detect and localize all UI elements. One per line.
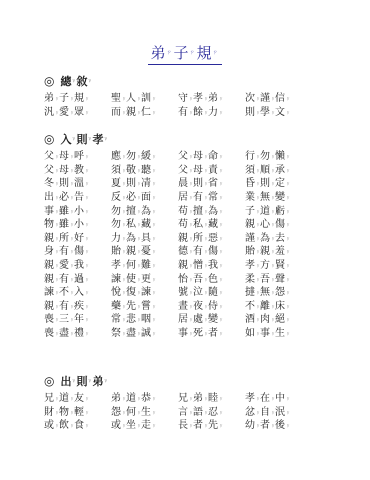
- section-ruzexiao: ◎入ㄗ則ㄗ孝ㄗ父ㄗ母ㄗ呼ㄗ應ㄗ勿ㄗ緩ㄗ父ㄗ母ㄗ命ㄗ行ㄗ勿ㄗ懶ㄗ父ㄗ母ㄗ教ㄗ須ㄗ敬…: [44, 130, 344, 338]
- zhuyin-annotation: ㄗ: [152, 263, 156, 268]
- verse-phrase: 如ㄗ事ㄗ生ㄗ: [245, 324, 312, 339]
- verse-phrase: 長ㄗ者ㄗ先ㄗ: [178, 416, 245, 431]
- zhuyin-annotation: ㄗ: [166, 50, 172, 56]
- heading-char: 出: [60, 373, 71, 389]
- section-heading: ◎出ㄗ則ㄗ弟ㄗ: [44, 372, 344, 390]
- zhuyin-annotation: ㄗ: [152, 168, 156, 173]
- zhuyin-annotation: ㄗ: [286, 222, 290, 227]
- zhuyin-annotation: ㄗ: [219, 317, 223, 322]
- verse-line: 或ㄗ飲ㄗ食ㄗ或ㄗ坐ㄗ走ㄗ長ㄗ者ㄗ先ㄗ幼ㄗ者ㄗ後ㄗ: [44, 417, 344, 431]
- verse-line: 汎ㄗ愛ㄗ眾ㄗ而ㄗ親ㄗ仁ㄗ有ㄗ餘ㄗ力ㄗ則ㄗ學ㄗ文ㄗ: [44, 104, 344, 118]
- verse-line: 喪ㄗ盡ㄗ禮ㄗ祭ㄗ盡ㄗ誠ㄗ事ㄗ死ㄗ者ㄗ如ㄗ事ㄗ生ㄗ: [44, 325, 344, 339]
- zhuyin-annotation: ㄗ: [286, 304, 290, 309]
- verse-char: 盡ㄗ: [59, 324, 74, 339]
- verse-line: 冬ㄗ則ㄗ溫ㄗ夏ㄗ則ㄗ凊ㄗ晨ㄗ則ㄗ省ㄗ昏ㄗ則ㄗ定ㄗ: [44, 175, 344, 189]
- zhuyin-annotation: ㄗ: [85, 249, 89, 254]
- section-heading: ◎入ㄗ則ㄗ孝ㄗ: [44, 130, 344, 148]
- verse-phrase: 而ㄗ親ㄗ仁ㄗ: [111, 103, 178, 118]
- verse-char: 如ㄗ: [245, 324, 260, 339]
- verse-char: 祭ㄗ: [111, 324, 126, 339]
- zhuyin-annotation: ㄗ: [85, 222, 89, 227]
- verse-char: 學ㄗ: [260, 103, 275, 118]
- verse-line: 親ㄗ有ㄗ過ㄗ諫ㄗ使ㄗ更ㄗ怡ㄗ吾ㄗ色ㄗ柔ㄗ吾ㄗ聲ㄗ: [44, 270, 344, 284]
- verse-char: 走ㄗ: [141, 416, 156, 431]
- zhuyin-annotation: ㄗ: [85, 181, 89, 186]
- verse-char: 力ㄗ: [208, 103, 223, 118]
- zhuyin-annotation: ㄗ: [71, 378, 75, 384]
- zhuyin-annotation: ㄗ: [152, 96, 156, 101]
- verse-char: 事ㄗ: [178, 324, 193, 339]
- zhuyin-annotation: ㄗ: [286, 263, 290, 268]
- zhuyin-annotation: ㄗ: [286, 317, 290, 322]
- verse-phrase: 汎ㄗ愛ㄗ眾ㄗ: [44, 103, 111, 118]
- zhuyin-annotation: ㄗ: [152, 222, 156, 227]
- zhuyin-annotation: ㄗ: [286, 168, 290, 173]
- verse-char: 食ㄗ: [74, 416, 89, 431]
- zhuyin-annotation: ㄗ: [87, 78, 91, 84]
- zhuyin-annotation: ㄗ: [213, 50, 219, 56]
- zhuyin-annotation: ㄗ: [85, 195, 89, 200]
- zhuyin-annotation: ㄗ: [286, 249, 290, 254]
- title-char: 弟: [150, 44, 166, 62]
- zhuyin-annotation: ㄗ: [85, 168, 89, 173]
- zhuyin-annotation: ㄗ: [152, 304, 156, 309]
- verse-char: 或ㄗ: [44, 416, 59, 431]
- zhuyin-annotation: ㄗ: [152, 249, 156, 254]
- zhuyin-annotation: ㄗ: [152, 331, 156, 336]
- zhuyin-annotation: ㄗ: [286, 396, 290, 401]
- zhuyin-annotation: ㄗ: [219, 423, 223, 428]
- zhuyin-annotation: ㄗ: [219, 154, 223, 159]
- verse-char: 文ㄗ: [275, 103, 290, 118]
- verse-char: 而ㄗ: [111, 103, 126, 118]
- zhuyin-annotation: ㄗ: [152, 209, 156, 214]
- heading-char: 則: [76, 131, 87, 147]
- zhuyin-annotation: ㄗ: [219, 277, 223, 282]
- verse-char: 生ㄗ: [275, 324, 290, 339]
- bullseye-icon: ◎: [44, 374, 54, 388]
- verse-line: 父ㄗ母ㄗ教ㄗ須ㄗ敬ㄗ聽ㄗ父ㄗ母ㄗ責ㄗ須ㄗ順ㄗ承ㄗ: [44, 162, 344, 176]
- verse-char: 者ㄗ: [260, 416, 275, 431]
- document-title-wrap: 弟ㄗ子ㄗ規ㄗ: [0, 42, 370, 65]
- zhuyin-annotation: ㄗ: [152, 290, 156, 295]
- heading-char: 孝: [92, 131, 103, 147]
- zhuyin-annotation: ㄗ: [286, 331, 290, 336]
- zhuyin-annotation: ㄗ: [85, 396, 89, 401]
- verse-char: 禮ㄗ: [74, 324, 89, 339]
- zhuyin-annotation: ㄗ: [152, 277, 156, 282]
- zhuyin-annotation: ㄗ: [286, 181, 290, 186]
- zhuyin-annotation: ㄗ: [219, 263, 223, 268]
- verse-line: 親ㄗ有ㄗ疾ㄗ藥ㄗ先ㄗ嘗ㄗ晝ㄗ夜ㄗ侍ㄗ不ㄗ離ㄗ床ㄗ: [44, 298, 344, 312]
- zhuyin-annotation: ㄗ: [85, 277, 89, 282]
- verse-char: 事ㄗ: [260, 324, 275, 339]
- heading-char: 弟: [92, 373, 103, 389]
- verse-char: 仁ㄗ: [141, 103, 156, 118]
- zhuyin-annotation: ㄗ: [85, 154, 89, 159]
- zhuyin-annotation: ㄗ: [286, 154, 290, 159]
- zhuyin-annotation: ㄗ: [190, 50, 196, 56]
- verse-phrase: 事ㄗ死ㄗ者ㄗ: [178, 324, 245, 339]
- section-zongxu: ◎總ㄗ敘ㄗ弟ㄗ子ㄗ規ㄗ聖ㄗ人ㄗ訓ㄗ守ㄗ孝ㄗ弟ㄗ次ㄗ謹ㄗ信ㄗ汎ㄗ愛ㄗ眾ㄗ而ㄗ親ㄗ仁…: [44, 72, 344, 117]
- zhuyin-annotation: ㄗ: [219, 222, 223, 227]
- verse-line: 父ㄗ母ㄗ呼ㄗ應ㄗ勿ㄗ緩ㄗ父ㄗ母ㄗ命ㄗ行ㄗ勿ㄗ懶ㄗ: [44, 148, 344, 162]
- zhuyin-annotation: ㄗ: [85, 304, 89, 309]
- bullseye-icon: ◎: [44, 74, 54, 88]
- zhuyin-annotation: ㄗ: [286, 277, 290, 282]
- zhuyin-annotation: ㄗ: [85, 96, 89, 101]
- title-char: 規: [197, 44, 213, 62]
- zhuyin-annotation: ㄗ: [286, 110, 290, 115]
- zhuyin-annotation: ㄗ: [85, 209, 89, 214]
- zhuyin-annotation: ㄗ: [219, 110, 223, 115]
- zhuyin-annotation: ㄗ: [219, 181, 223, 186]
- verse-phrase: 祭ㄗ盡ㄗ誠ㄗ: [111, 324, 178, 339]
- verse-char: 後ㄗ: [275, 416, 290, 431]
- verse-char: 者ㄗ: [193, 416, 208, 431]
- zhuyin-annotation: ㄗ: [219, 195, 223, 200]
- verse-line: 出ㄗ必ㄗ告ㄗ反ㄗ必ㄗ面ㄗ居ㄗ有ㄗ常ㄗ業ㄗ無ㄗ變ㄗ: [44, 189, 344, 203]
- verse-phrase: 或ㄗ飲ㄗ食ㄗ: [44, 416, 111, 431]
- zhuyin-annotation: ㄗ: [152, 423, 156, 428]
- zhuyin-annotation: ㄗ: [87, 378, 91, 384]
- zhuyin-annotation: ㄗ: [103, 136, 107, 142]
- verse-phrase: 或ㄗ坐ㄗ走ㄗ: [111, 416, 178, 431]
- verse-line: 物ㄗ雖ㄗ小ㄗ勿ㄗ私ㄗ藏ㄗ苟ㄗ私ㄗ藏ㄗ親ㄗ心ㄗ傷ㄗ: [44, 216, 344, 230]
- verse-line: 弟ㄗ子ㄗ規ㄗ聖ㄗ人ㄗ訓ㄗ守ㄗ孝ㄗ弟ㄗ次ㄗ謹ㄗ信ㄗ: [44, 90, 344, 104]
- verse-line: 兄ㄗ道ㄗ友ㄗ弟ㄗ道ㄗ恭ㄗ兄ㄗ弟ㄗ睦ㄗ孝ㄗ在ㄗ中ㄗ: [44, 390, 344, 404]
- title-char: 子: [173, 44, 189, 62]
- zhuyin-annotation: ㄗ: [219, 209, 223, 214]
- zhuyin-annotation: ㄗ: [219, 331, 223, 336]
- verse-line: 親ㄗ所ㄗ好ㄗ力ㄗ為ㄗ具ㄗ親ㄗ所ㄗ惡ㄗ謹ㄗ為ㄗ去ㄗ: [44, 230, 344, 244]
- zhuyin-annotation: ㄗ: [85, 110, 89, 115]
- verse-line: 身ㄗ有ㄗ傷ㄗ貽ㄗ親ㄗ憂ㄗ德ㄗ有ㄗ傷ㄗ貽ㄗ親ㄗ羞ㄗ: [44, 243, 344, 257]
- verse-char: 誠ㄗ: [141, 324, 156, 339]
- zhuyin-annotation: ㄗ: [219, 304, 223, 309]
- zhuyin-annotation: ㄗ: [85, 423, 89, 428]
- zhuyin-annotation: ㄗ: [152, 195, 156, 200]
- verse-char: 飲ㄗ: [59, 416, 74, 431]
- verse-char: 先ㄗ: [208, 416, 223, 431]
- zhuyin-annotation: ㄗ: [152, 410, 156, 415]
- zhuyin-annotation: ㄗ: [286, 410, 290, 415]
- zhuyin-annotation: ㄗ: [219, 396, 223, 401]
- verse-char: 或ㄗ: [111, 416, 126, 431]
- zhuyin-annotation: ㄗ: [286, 236, 290, 241]
- verse-char: 汎ㄗ: [44, 103, 59, 118]
- zhuyin-annotation: ㄗ: [103, 378, 107, 384]
- zhuyin-annotation: ㄗ: [286, 290, 290, 295]
- zhuyin-annotation: ㄗ: [152, 181, 156, 186]
- section-heading: ◎總ㄗ敘ㄗ: [44, 72, 344, 90]
- zhuyin-annotation: ㄗ: [85, 410, 89, 415]
- verse-char: 則ㄗ: [245, 103, 260, 118]
- zhuyin-annotation: ㄗ: [71, 78, 75, 84]
- zhuyin-annotation: ㄗ: [286, 209, 290, 214]
- verse-char: 死ㄗ: [193, 324, 208, 339]
- verse-phrase: 則ㄗ學ㄗ文ㄗ: [245, 103, 312, 118]
- heading-char: 總: [60, 73, 71, 89]
- heading-char: 則: [76, 373, 87, 389]
- zhuyin-annotation: ㄗ: [152, 396, 156, 401]
- verse-line: 親ㄗ愛ㄗ我ㄗ孝ㄗ何ㄗ難ㄗ親ㄗ憎ㄗ我ㄗ孝ㄗ方ㄗ賢ㄗ: [44, 257, 344, 271]
- verse-char: 親ㄗ: [126, 103, 141, 118]
- zhuyin-annotation: ㄗ: [71, 136, 75, 142]
- zhuyin-annotation: ㄗ: [85, 317, 89, 322]
- zhuyin-annotation: ㄗ: [85, 236, 89, 241]
- verse-line: 財ㄗ物ㄗ輕ㄗ怨ㄗ何ㄗ生ㄗ言ㄗ語ㄗ忍ㄗ忿ㄗ自ㄗ泯ㄗ: [44, 404, 344, 418]
- verse-line: 諫ㄗ不ㄗ入ㄗ悅ㄗ復ㄗ諫ㄗ號ㄗ泣ㄗ隨ㄗ撻ㄗ無ㄗ怨ㄗ: [44, 284, 344, 298]
- zhuyin-annotation: ㄗ: [152, 154, 156, 159]
- document-title: 弟ㄗ子ㄗ規ㄗ: [148, 42, 221, 65]
- zhuyin-annotation: ㄗ: [152, 110, 156, 115]
- verse-char: 愛ㄗ: [59, 103, 74, 118]
- bullseye-icon: ◎: [44, 132, 54, 146]
- section-chuzedi: ◎出ㄗ則ㄗ弟ㄗ兄ㄗ道ㄗ友ㄗ弟ㄗ道ㄗ恭ㄗ兄ㄗ弟ㄗ睦ㄗ孝ㄗ在ㄗ中ㄗ財ㄗ物ㄗ輕ㄗ怨ㄗ何…: [44, 372, 344, 431]
- zhuyin-annotation: ㄗ: [85, 263, 89, 268]
- verse-char: 餘ㄗ: [193, 103, 208, 118]
- zhuyin-annotation: ㄗ: [219, 236, 223, 241]
- zhuyin-annotation: ㄗ: [85, 331, 89, 336]
- verse-char: 者ㄗ: [208, 324, 223, 339]
- verse-phrase: 有ㄗ餘ㄗ力ㄗ: [178, 103, 245, 118]
- verse-char: 眾ㄗ: [74, 103, 89, 118]
- verse-char: 長ㄗ: [178, 416, 193, 431]
- verse-line: 喪ㄗ三ㄗ年ㄗ常ㄗ悲ㄗ咽ㄗ居ㄗ處ㄗ變ㄗ酒ㄗ肉ㄗ絕ㄗ: [44, 311, 344, 325]
- zhuyin-annotation: ㄗ: [286, 195, 290, 200]
- verse-char: 幼ㄗ: [245, 416, 260, 431]
- zhuyin-annotation: ㄗ: [286, 96, 290, 101]
- zhuyin-annotation: ㄗ: [219, 290, 223, 295]
- zhuyin-annotation: ㄗ: [219, 410, 223, 415]
- verse-phrase: 幼ㄗ者ㄗ後ㄗ: [245, 416, 312, 431]
- verse-phrase: 喪ㄗ盡ㄗ禮ㄗ: [44, 324, 111, 339]
- zhuyin-annotation: ㄗ: [219, 249, 223, 254]
- verse-char: 有ㄗ: [178, 103, 193, 118]
- zhuyin-annotation: ㄗ: [85, 290, 89, 295]
- verse-char: 喪ㄗ: [44, 324, 59, 339]
- zhuyin-annotation: ㄗ: [219, 96, 223, 101]
- zhuyin-annotation: ㄗ: [286, 423, 290, 428]
- heading-char: 入: [60, 131, 71, 147]
- heading-char: 敘: [76, 73, 87, 89]
- verse-line: 事ㄗ雖ㄗ小ㄗ勿ㄗ擅ㄗ為ㄗ苟ㄗ擅ㄗ為ㄗ子ㄗ道ㄗ虧ㄗ: [44, 202, 344, 216]
- verse-char: 盡ㄗ: [126, 324, 141, 339]
- zhuyin-annotation: ㄗ: [152, 236, 156, 241]
- zhuyin-annotation: ㄗ: [87, 136, 91, 142]
- zhuyin-annotation: ㄗ: [219, 168, 223, 173]
- verse-char: 坐ㄗ: [126, 416, 141, 431]
- zhuyin-annotation: ㄗ: [152, 317, 156, 322]
